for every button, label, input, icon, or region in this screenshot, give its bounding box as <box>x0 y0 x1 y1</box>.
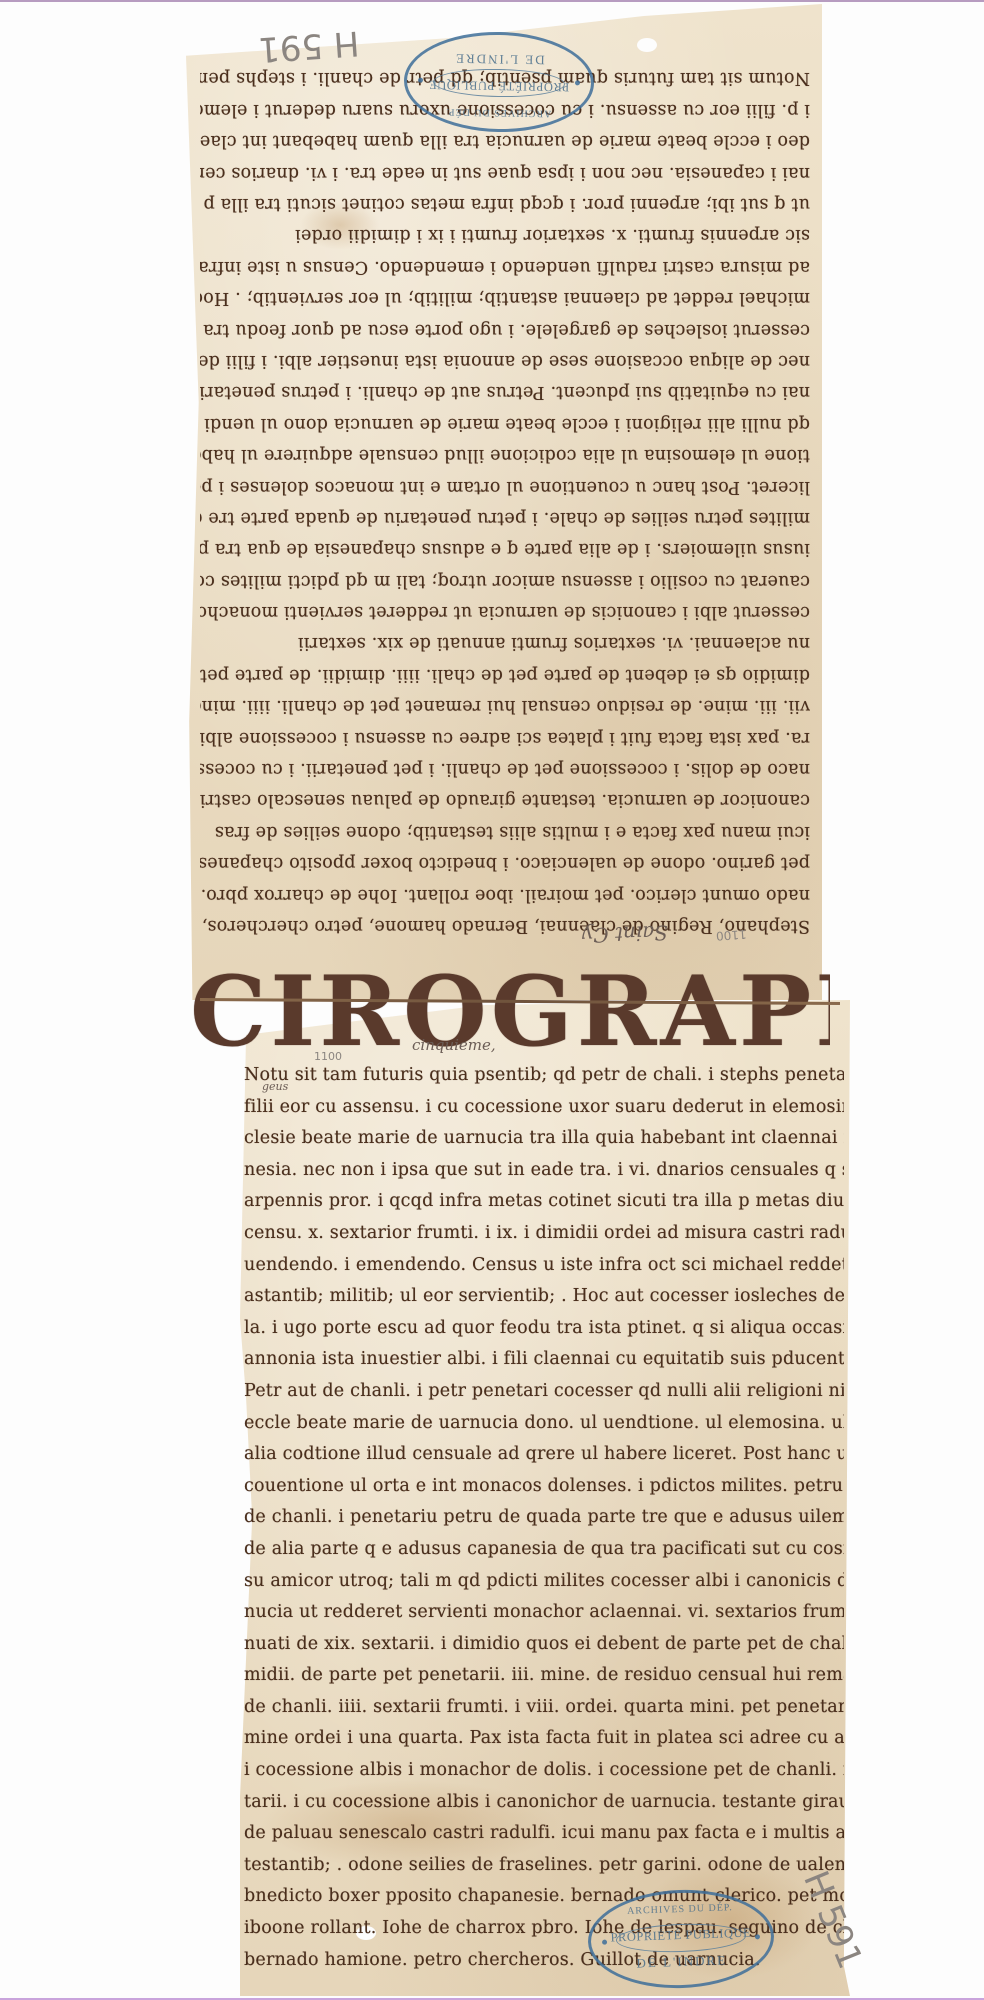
manuscript-line: de alia parte q e adusus capanesia de qu… <box>244 1534 844 1566</box>
manuscript-line: Petr aut de chanli. i petr penetari coce… <box>244 1376 844 1408</box>
manuscript-line: iusus uilemoiers. i de alia parte q e ad… <box>200 533 810 564</box>
manuscript-line: la. i ugo porte escu ad quor feodu tra i… <box>244 1313 844 1345</box>
manuscript-line: nucia ut redderet servienti monachor acl… <box>244 1597 844 1629</box>
manuscript-line: dimidio qs ei debent de parte pet de cha… <box>200 658 810 689</box>
manuscript-line: tione ul elemosina ul alia codicione ill… <box>200 439 810 470</box>
manuscript-line: cauerat cu cosilio i assensu amicor utro… <box>200 564 810 595</box>
manuscript-line: ut q sut ibi; arpenni pror. i qcqd infra… <box>200 188 810 219</box>
manuscript-line: nu aclaennai. vi. sextarios frumti annua… <box>200 627 810 658</box>
frame-border-top <box>0 0 984 2</box>
manuscript-line: nec de aliqua occasione sese de annonia … <box>200 345 810 376</box>
manuscript-line: uendendo. i emendendo. Census u iste inf… <box>244 1250 844 1282</box>
manuscript-line: tarii. i cu cocessione albis i canonicho… <box>244 1787 844 1819</box>
manuscript-line: icui manu pax facta e i multis aliis tes… <box>200 815 810 846</box>
manuscript-line: censu. x. sextarior frumti. i ix. i dimi… <box>244 1218 844 1250</box>
manuscript-line: michael reddet ad claennai astantib; mil… <box>200 282 810 313</box>
manuscript-line: mine ordei i una quarta. Pax ista facta … <box>244 1723 844 1755</box>
stamp-dot <box>575 80 580 85</box>
stamp-text-line3: DE L'INDRE <box>592 1951 772 1973</box>
manuscript-line: su amicor utroq; tali m qd pdicti milite… <box>244 1566 844 1598</box>
manuscript-line: cesserut albi i canonicis de uarnucia ut… <box>200 596 810 627</box>
manuscript-line: nuati de xix. sextarii. i dimidio quos e… <box>244 1629 844 1661</box>
manuscript-line: naco de dolis. i cocessione pet de chanl… <box>200 753 810 784</box>
manuscript-line: milites petru seilies de chale. i petru … <box>200 501 810 532</box>
charter-text-bottom: Notu sit tam futuris quia psentib; qd pe… <box>244 1060 844 1976</box>
manuscript-line: testantib; . odone seilies de fraselines… <box>244 1850 844 1882</box>
manuscript-line: sic arpennis frumti. x. sextarior frumti… <box>200 219 810 250</box>
manuscript-line: nai i capanesia. nec non i ipsa quae sut… <box>200 156 810 187</box>
manuscript-line: alia codtione illud censuale ad qrere ul… <box>244 1439 844 1471</box>
interlinear-note-cinquieme: cinquieme, <box>412 1036 496 1054</box>
manuscript-line: Notu sit tam futuris quia psentib; qd pe… <box>244 1060 844 1092</box>
manuscript-line: arpennis pror. i qcqd infra metas cotine… <box>244 1186 844 1218</box>
stamp-text-line2: PROPRIÉTÉ PUBLIQUE <box>591 1925 771 1946</box>
manuscript-line: qd nulli alii religioni i eccle beate ma… <box>200 407 810 438</box>
stamp-text-line3: DE L'INDRE <box>407 49 591 68</box>
stamp-text-line1: ARCHIVES DU DÉP. <box>406 105 590 119</box>
manuscript-line: cesserut iosleches de gargelele. i ugo p… <box>200 313 810 344</box>
manuscript-line: astantib; militib; ul eor servientib; . … <box>244 1281 844 1313</box>
manuscript-line: eccle beate marie de uarnucia dono. ul u… <box>244 1408 844 1440</box>
manuscript-line: ra. pax ista facta fuit i platea sci adr… <box>200 721 810 752</box>
manuscript-line: ad misura castri radulfi uendendo i emen… <box>200 250 810 281</box>
margin-note-1100: 1100 <box>716 927 747 943</box>
stamp-text-line2: PROPRIÉTÉ PUBLIQUE <box>407 77 591 95</box>
manuscript-line: vii. iii. mine. de residuo censual hui r… <box>200 690 810 721</box>
manuscript-line: canonicor de uarnucia. testante giraudo … <box>200 784 810 815</box>
manuscript-line: liceret. Post hanc u couentione ul ortam… <box>200 470 810 501</box>
manuscript-line: annonia ista inuestier albi. i fili clae… <box>244 1344 844 1376</box>
chirograph-heading: CIROGRAPHVS <box>190 956 830 1068</box>
manuscript-line: de chanli. iiii. sextarii frumti. i viii… <box>244 1692 844 1724</box>
margin-note-script: Saint Cy <box>582 921 669 948</box>
charter-text-top-inverted: Stephano, Regino de claennai, Bernado ha… <box>200 62 810 941</box>
stamp-dot <box>418 77 423 82</box>
manuscript-line: filii eor cu assensu. i cu cocessione ux… <box>244 1092 844 1124</box>
parchment-hole <box>637 38 657 52</box>
manuscript-line: couentione ul orta e int monacos dolense… <box>244 1471 844 1503</box>
manuscript-line: nesia. nec non i ipsa que sut in eade tr… <box>244 1155 844 1187</box>
manuscript-line: i cocessione albis i monachor de dolis. … <box>244 1755 844 1787</box>
manuscript-line: de chanli. i penetariu petru de quada pa… <box>244 1502 844 1534</box>
manuscript-line: nado omunt clerico. pet moirail. iboe ro… <box>200 878 810 909</box>
manuscript-line: pet garino. odone de ualenciaco. i bnedi… <box>200 847 810 878</box>
manuscript-line: midii. de parte pet penetarii. iii. mine… <box>244 1660 844 1692</box>
manuscript-line: de paluau senescalo castri radulfi. icui… <box>244 1818 844 1850</box>
manuscript-line: clesie beate marie de uarnucia tra illa … <box>244 1123 844 1155</box>
manuscript-line: nai cu equitatib sui pducent. Petrus aut… <box>200 376 810 407</box>
